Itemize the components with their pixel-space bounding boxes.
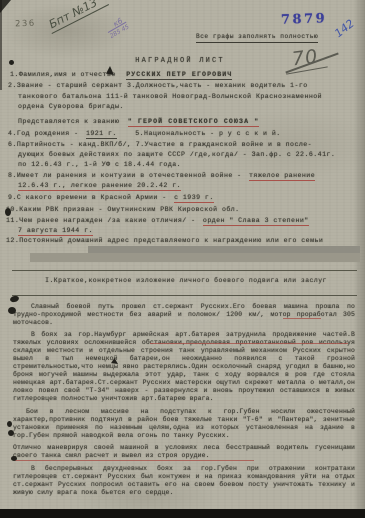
ink-blot [7,421,12,427]
field-party-war-line2: дующих боевых действиях по защите СССР /… [18,151,335,159]
wounds-label: 8.Имеет ли ранения и контузии в отечеств… [8,172,242,179]
field-name-label: 1.Фамилия,имя и отчество [10,71,116,78]
blue-ink-number: 142 [332,17,357,40]
registration-stamp-number: 7879 [281,11,328,28]
ink-blot [9,295,19,303]
field-prior-awards-line1: 11.Чем ранее награжден /за какие отличия… [6,217,309,225]
field-party-war-line1: 6.Партийность - канд.ВКП/б/, 7.Участие в… [8,141,312,149]
nominated-label: Представляется к званию [18,118,119,125]
nominated-award-value: " ГЕРОЙ СОВЕТСКОГО СОЮЗА " [128,118,259,127]
ink-blot [11,456,17,461]
field-birth-nationality: 4.Год рождения - 1921 г. 5.Национальност… [8,130,281,138]
field-rank-position-line1: 2.Звание - старший сержант 3.Должность,ч… [8,82,308,90]
scan-bottom-edge [0,509,365,518]
section-divider-top [12,270,357,271]
army-service-label: 9.С какого времени в Красной Армии - [8,194,167,201]
pencil-annotation: Бпт №13 [45,0,110,34]
citation-paragraph-5: В беспрерывных двухдневных боях за гор.Г… [13,465,355,497]
red-underline-mark [283,318,321,319]
field-army-service: 9.С какого времени в Красной Армии - с 1… [8,194,214,202]
section-divider-bottom [12,295,357,296]
scan-left-edge [0,0,2,90]
citation-paragraph-2: В боях за гор.Наумбург армейская арт.бат… [13,331,355,403]
citation-paragraph-3: Бои в лесном массиве на подступах к гор.… [13,408,355,440]
red-underline-mark [14,460,254,461]
field-draft-office: 10.Каким РВК призван - Омутнинским РВК К… [6,206,240,214]
purple-ink-annotation: к6 285 45 [104,16,130,40]
ink-blot [5,208,11,216]
field-home-address: 12.Постоянный домашний адрес представляе… [6,237,323,245]
field-party-war-line3: по 12.6.43 г., 1-й УФ с 18.4.44 года. [18,161,181,169]
document-title: НАГРАДНОЙ ЛИСТ [95,57,265,65]
citation-paragraph-4: Отлично маневрируя своей машиной в услов… [13,444,355,460]
wounds-value-part1: тяжелое ранение [249,172,315,181]
section-title: I.Краткое,конкретное изложение личного б… [36,277,336,284]
field-wounds-line2: 12.6.43 г., легкое ранение 20.2.42 г. [18,182,181,190]
nationality: 5.Национальность - р у с с к и й. [135,130,280,137]
field-wounds-line1: 8.Имеет ли ранения и контузии в отечеств… [8,172,315,180]
red-underline-mark [150,343,348,344]
prior-awards-value1: орден " Слава 3 степени" [203,217,309,226]
army-service-value: с 1939 г. [174,194,214,203]
field-nominated-title: Представляется к званию " ГЕРОЙ СОВЕТСКО… [18,118,259,126]
birth-year-label: 4.Год рождения - [8,130,79,137]
ink-blot [9,60,14,65]
archive-page-number: 236 [15,19,36,30]
field-name-value: РУССКИХ ПЕТР ЕГОРОВИЧ [126,71,232,80]
redacted-address-band [30,253,360,262]
birth-year-value: 1921 г. [86,130,117,139]
field-rank-position-line3: ордена Суворова бригады. [18,103,124,111]
wounds-value-part2: 12.6.43 г., легкое ранение 20.2.42 г. [18,182,181,191]
ink-blot [8,307,16,314]
fill-all-columns-instruction: Все графы заполнять полностью [196,33,318,43]
prior-awards-label: 11.Чем ранее награжден /за какие отличия… [6,217,196,224]
prior-awards-value2: 7 августа 1944 г. [18,227,93,236]
citation-paragraph-1: Славный боевой путь прошел ст.сержант Ру… [13,303,355,327]
field-rank-position-line2: танкового батальона 111-й танковой Новог… [18,93,322,101]
ink-blot [8,430,14,436]
field-prior-awards-line2: 7 августа 1944 г. [18,227,93,235]
field-name: 1.Фамилия,имя и отчество РУССКИХ ПЕТР ЕГ… [10,71,232,79]
